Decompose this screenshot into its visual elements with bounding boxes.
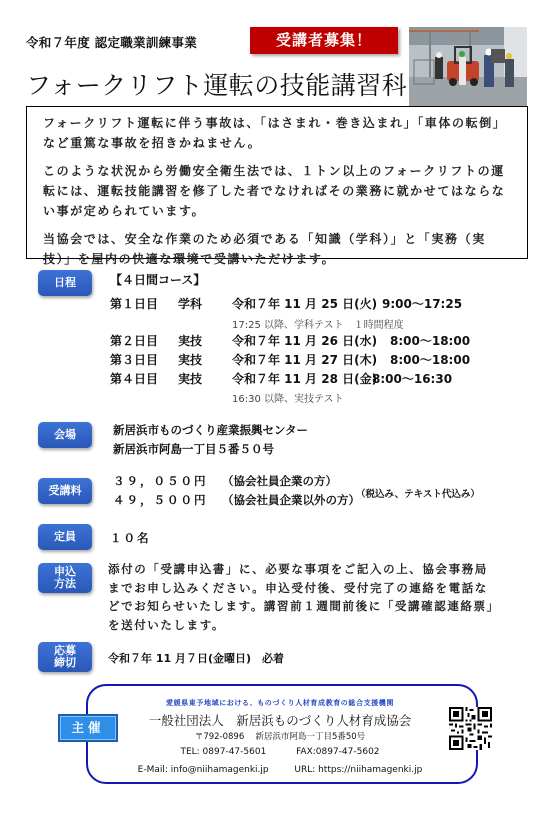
course-length: 【４日間コース】 <box>110 271 205 288</box>
deadline-label-line2: 締切 <box>54 657 76 669</box>
deadline-value: 令和７年 11 月７日(金曜日) 必着 <box>108 650 284 666</box>
application-label-line2: 方法 <box>54 578 76 590</box>
schedule-date: 令和７年 11 月 28 日(金) <box>232 370 377 387</box>
qr-code-icon[interactable] <box>449 707 492 750</box>
intro-box: フォークリフト運転に伴う事故は、「はさまれ・巻き込まれ」「車体の転倒」など重篤な… <box>26 106 528 259</box>
schedule-time: 8:00～16:30 <box>372 370 452 387</box>
organizer-name: 一般社団法人 新居浜ものづくり人材育成協会 <box>100 711 460 729</box>
schedule-day: 第２日目 <box>110 332 158 349</box>
application-text: 添付の「受講申込書」に、必要な事項をご記入の上、協会事務局までお申し込みください… <box>108 560 498 634</box>
schedule-day: 第１日目 <box>110 295 158 312</box>
schedule-day: 第３日目 <box>110 351 158 368</box>
schedule-date: 令和７年 11 月 26 日(水) <box>232 332 377 349</box>
recruit-badge: 受講者募集！ <box>250 27 398 54</box>
organizer-contact: E-Mail: info@niihamagenki.jp URL: https:… <box>100 765 460 775</box>
venue-address: 新居浜市阿島一丁目５番５０号 <box>113 441 274 457</box>
schedule-type: 実技 <box>178 332 202 349</box>
schedule-time: 8:00～18:00 <box>390 351 470 368</box>
schedule-time: 8:00～18:00 <box>390 332 470 349</box>
schedule-type: 実技 <box>178 370 202 387</box>
venue-name: 新居浜市ものづくり産業振興センター <box>113 422 308 438</box>
organizer-subtitle: 愛媛県東予地域における、ものづくり人材育成教育の総合支援機関 <box>100 698 460 708</box>
schedule-note: 16:30 以降、実技テスト <box>232 390 344 405</box>
organizer-tel: TEL: 0897-47-5601 <box>180 747 266 757</box>
organizer-email[interactable]: E-Mail: info@niihamagenki.jp <box>138 765 269 775</box>
tax-note: （税込み、テキスト代込み） <box>356 486 480 500</box>
deadline-label: 応募 締切 <box>38 642 92 672</box>
intro-paragraph: 当協会では、安全な作業のため必須である「知識（学科）」と「実務（実技）」を屋内の… <box>43 229 511 269</box>
schedule-note: 17:25 以降、学科テスト １時間程度 <box>232 316 404 331</box>
organizer-fax: FAX:0897-47-5602 <box>296 747 379 757</box>
schedule-date: 令和７年 11 月 27 日(木) <box>232 351 377 368</box>
capacity-label: 定員 <box>38 524 92 550</box>
organizer-phone: TEL: 0897-47-5601 FAX:0897-47-5602 <box>100 747 460 757</box>
fee-label: 受講料 <box>38 478 92 504</box>
intro-paragraph: フォークリフト運転に伴う事故は、「はさまれ・巻き込まれ」「車体の転倒」など重篤な… <box>43 113 511 153</box>
intro-paragraph: このような状況から労働安全衛生法では、１トン以上のフォークリフトの運転には、運転… <box>43 161 511 221</box>
schedule-type: 学科 <box>178 295 202 312</box>
organizer-url[interactable]: URL: https://niihamagenki.jp <box>294 765 422 775</box>
schedule-label: 日程 <box>38 270 92 296</box>
nonmember-price: ４９，５００円 <box>113 492 208 508</box>
page-title: フォークリフト運転の技能講習科 <box>26 66 407 102</box>
capacity-value: １０名 <box>110 530 151 546</box>
member-note: （協会社員企業の方） <box>222 473 337 489</box>
forklift-training-photo <box>409 27 527 107</box>
venue-label: 会場 <box>38 422 92 448</box>
schedule-type: 実技 <box>178 351 202 368</box>
member-price: ３９，０５０円 <box>113 473 208 489</box>
schedule-day: 第４日目 <box>110 370 158 387</box>
application-label: 申込 方法 <box>38 563 92 593</box>
organizer-address: 〒792-0896 新居浜市阿島一丁目5番50号 <box>100 730 460 742</box>
fiscal-program-text: 令和７年度 認定職業訓練事業 <box>26 33 197 51</box>
schedule-time: 9:00～17:25 <box>382 295 462 312</box>
nonmember-note: （協会社員企業以外の方） <box>222 492 360 508</box>
schedule-date: 令和７年 11 月 25 日(火) <box>232 295 377 312</box>
